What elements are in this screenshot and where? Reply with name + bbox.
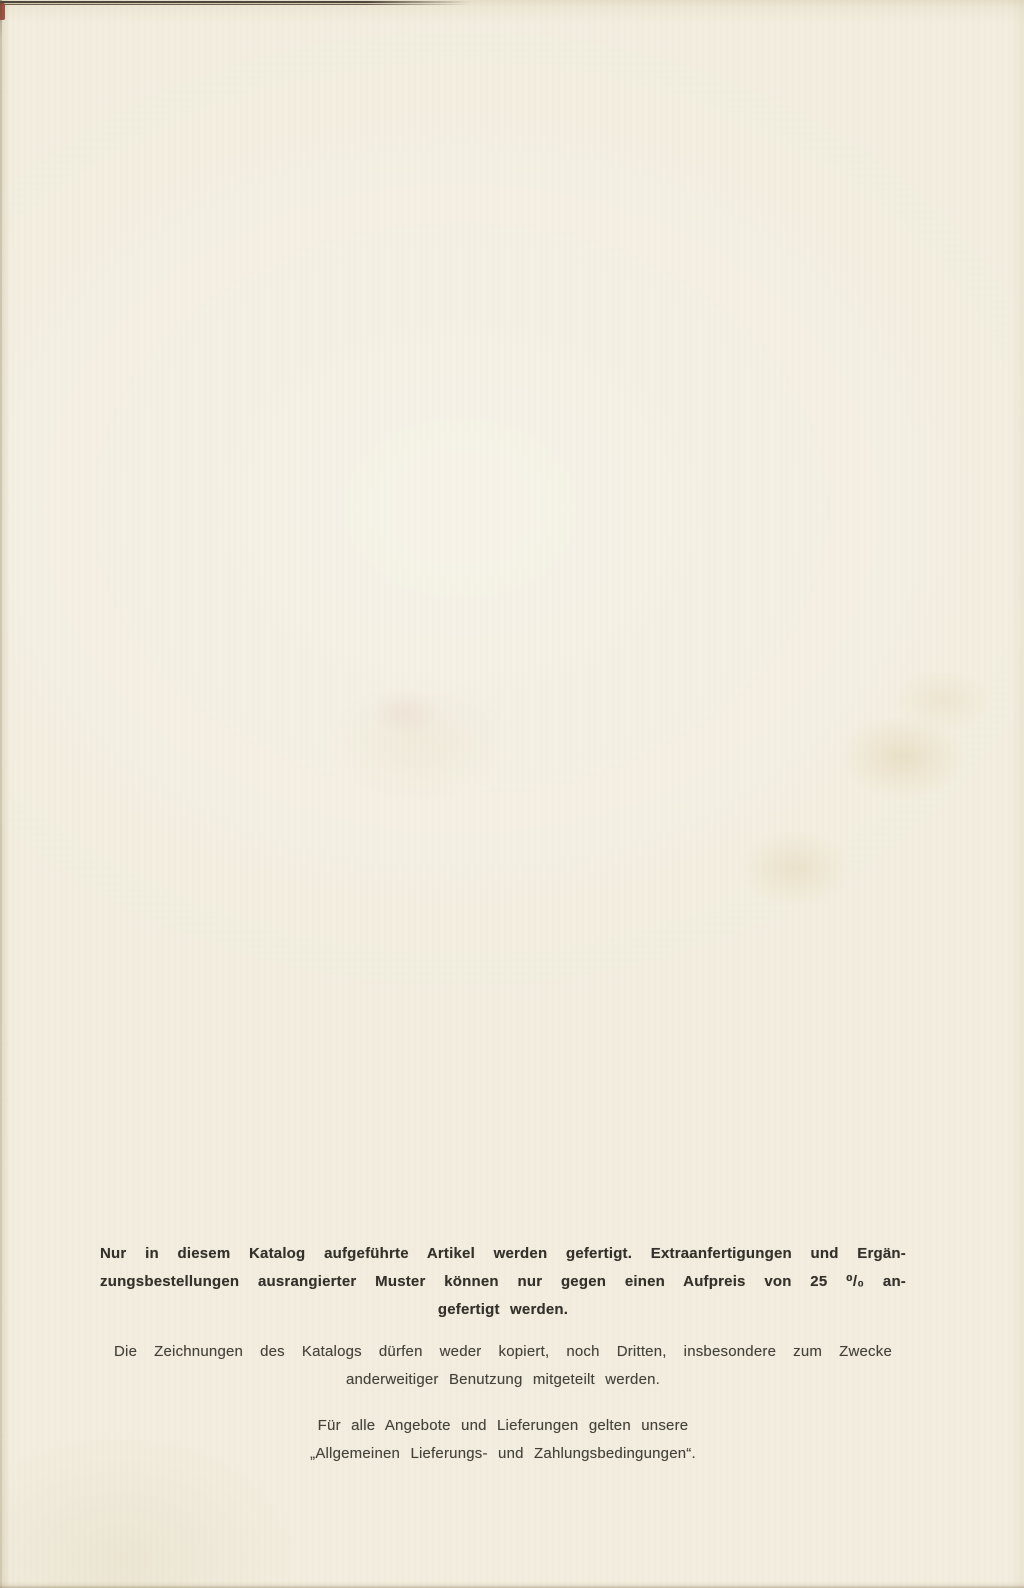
catalog-page: Nur in diesem Katalog aufgeführte Artike…: [0, 0, 1024, 1588]
page-left-edge-shadow: [0, 0, 2, 1588]
text-line: zungsbestellungen ausrangierter Muster k…: [100, 1268, 906, 1296]
text-line: anderweitiger Benutzung mitgeteilt werde…: [100, 1366, 906, 1394]
text-line: gefertigt werden.: [100, 1296, 906, 1324]
notice-copyright: Die Zeichnungen des Katalogs dürfen wede…: [100, 1338, 906, 1394]
scan-edge-line: [0, 1, 470, 6]
notice-terms: Für alle Angebote und Lieferungen gelten…: [100, 1412, 906, 1468]
notice-production: Nur in diesem Katalog aufgeführte Artike…: [100, 1240, 906, 1324]
text-line: Nur in diesem Katalog aufgeführte Artike…: [100, 1240, 906, 1268]
text-line: Für alle Angebote und Lieferungen gelten…: [100, 1412, 906, 1440]
text-line: Die Zeichnungen des Katalogs dürfen wede…: [100, 1338, 906, 1366]
text-line: „Allgemeinen Lieferungs- und Zahlungsbed…: [100, 1440, 906, 1468]
